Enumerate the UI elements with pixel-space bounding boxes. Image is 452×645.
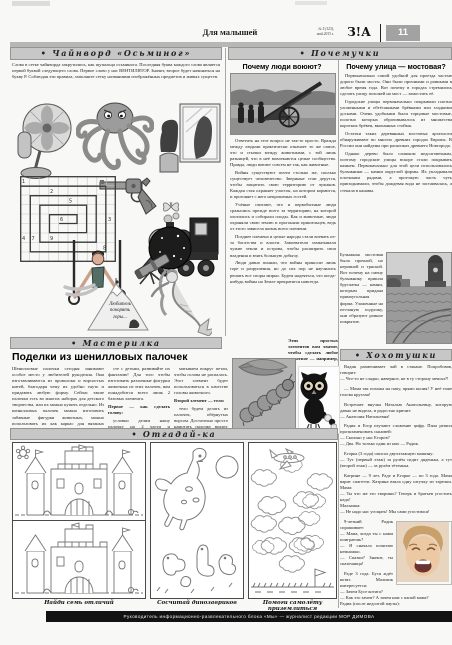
paragraph: Первоначально самой удобной для проезда … xyxy=(340,73,452,97)
masterilka-headline: Поделки из шенилловых палочек xyxy=(12,351,227,363)
mirror-illustration xyxy=(156,102,222,174)
joke: Катрине — 9 лет, Раде и Егорке — по 3 го… xyxy=(340,473,452,515)
article-street-body: Первоначально самой удобной для проезда … xyxy=(340,73,452,250)
joke: — Мама так похожа на папу, прямо копия! … xyxy=(340,386,452,398)
plane-landing-maze xyxy=(248,442,337,599)
paragraph: сте с детьми, развивайте их фантазию! Дл… xyxy=(108,366,170,402)
grid-number: 4 xyxy=(22,236,25,242)
grid-number: 6 xyxy=(60,217,63,223)
chainword-intro: Слова в сетке чайнворда закрутились, как… xyxy=(12,62,220,99)
masterilka-subhead-1: Первое — как сделать голову: xyxy=(108,404,170,416)
column-rule xyxy=(338,48,339,608)
paragraph: Ответить на этот вопрос не так-то просто… xyxy=(230,138,336,168)
paragraph: Позднее племена и целые народы стали вое… xyxy=(230,234,336,258)
page-number: 11 xyxy=(386,25,420,41)
print-mark xyxy=(295,1,327,5)
paragraph: Войны существуют почти столько же, сколь… xyxy=(230,170,336,200)
find-differences-puzzle xyxy=(12,442,146,599)
article-street-title: Почему улица — мостовая? xyxy=(340,62,452,71)
issue-info: № 5 (123), май 2013 г. xyxy=(288,27,334,36)
paragraph: Однако дерево было слишком недолговечным… xyxy=(340,151,452,193)
puzzle-caption-differences: Найди семь отличий xyxy=(12,600,146,606)
joke: Радик и Егор изучают сложение цифр. Папа… xyxy=(340,423,452,447)
chainword-section-header: • Чайнворд «Осьминог» xyxy=(10,47,222,60)
joke: Встречает внучка Наталью Анатольевну, ко… xyxy=(340,402,452,420)
octopus-illustration xyxy=(76,100,154,176)
paragraph: Люди давно поняли, что войны приносят ли… xyxy=(230,260,336,284)
grid-number: 3 xyxy=(108,217,111,223)
street-photo xyxy=(386,252,452,344)
castle-image-top xyxy=(13,443,145,520)
masthead-divider xyxy=(380,24,381,44)
grid-number: 2 xyxy=(50,189,53,195)
fan-illustration xyxy=(14,102,76,182)
article-war-title: Почему люди воюют? xyxy=(228,62,336,71)
cannon-photo xyxy=(230,73,336,135)
article-street-wrap-text: Булыжная мостовая была прочной, но неров… xyxy=(340,252,383,344)
grid-number: 5 xyxy=(69,199,72,205)
count-dinosaurs-puzzle xyxy=(150,442,244,599)
mermaid-illustration xyxy=(150,268,212,336)
grid-number: 7 xyxy=(32,236,35,242)
castle-image-bottom xyxy=(13,521,145,598)
paragraph: Учёные считают, что и первобытные люди с… xyxy=(230,202,336,232)
laughing-child-photo xyxy=(396,521,452,585)
masterilka-column-2: сте с детьми, развивайте их фантазию! Дл… xyxy=(108,366,170,432)
mountain-caption: Любитель покорять горы... xyxy=(94,302,146,321)
column-rule xyxy=(225,48,226,336)
masterilka-column-1: Шенилловые палочки сегодня занимают особ… xyxy=(12,366,104,432)
paragraph: Городские улицы первоначально покрывали … xyxy=(340,99,452,129)
joke: Вадик размешивает чай в стакане. Попробо… xyxy=(340,364,452,382)
puzzle-caption-dinosaurs: Сосчитай динозавриков xyxy=(150,600,244,606)
page-footer: Руководитель информационно-развлекательн… xyxy=(46,611,452,622)
masterilka-column-3: матываем вокруг петли, чтобы голова не р… xyxy=(174,366,228,432)
masterilka-section-header: • Мастерилка xyxy=(10,337,222,349)
chenille-owl-photo xyxy=(298,366,340,434)
paragraph: Остатки таких деревянных мостовых археол… xyxy=(340,131,452,149)
jokes-column: Вадик размешивает чай в стакане. Попробо… xyxy=(340,364,452,607)
article-war-body: Ответить на этот вопрос не так-то просто… xyxy=(230,138,336,336)
newspaper-page: Для малышей № 5 (123), май 2013 г. З!А 1… xyxy=(0,0,452,645)
hohotushki-section-header: • Хохотушки xyxy=(340,349,452,361)
chenille-caterpillar-photo xyxy=(232,358,296,432)
newspaper-logo: З!А xyxy=(342,25,376,39)
page-section-title: Для малышей xyxy=(160,27,300,37)
paragraph: матываем вокруг петли, чтобы голова не р… xyxy=(174,366,228,396)
masterilka-subhead-2: Второй элемент — тело: xyxy=(174,398,228,404)
grid-number: 1 xyxy=(22,179,25,185)
pochemuchki-section-header: • Почемучки xyxy=(228,47,452,60)
joke: Егорка (3 года) описал двухэтажную машин… xyxy=(340,451,452,469)
grid-number: 9 xyxy=(50,236,53,242)
otgadaika-section-header: • Отгадай-ка xyxy=(10,428,338,440)
print-mark xyxy=(12,1,50,6)
chainword-collage: 1 2 3 4 5 6 7 8 9 xyxy=(10,100,222,336)
